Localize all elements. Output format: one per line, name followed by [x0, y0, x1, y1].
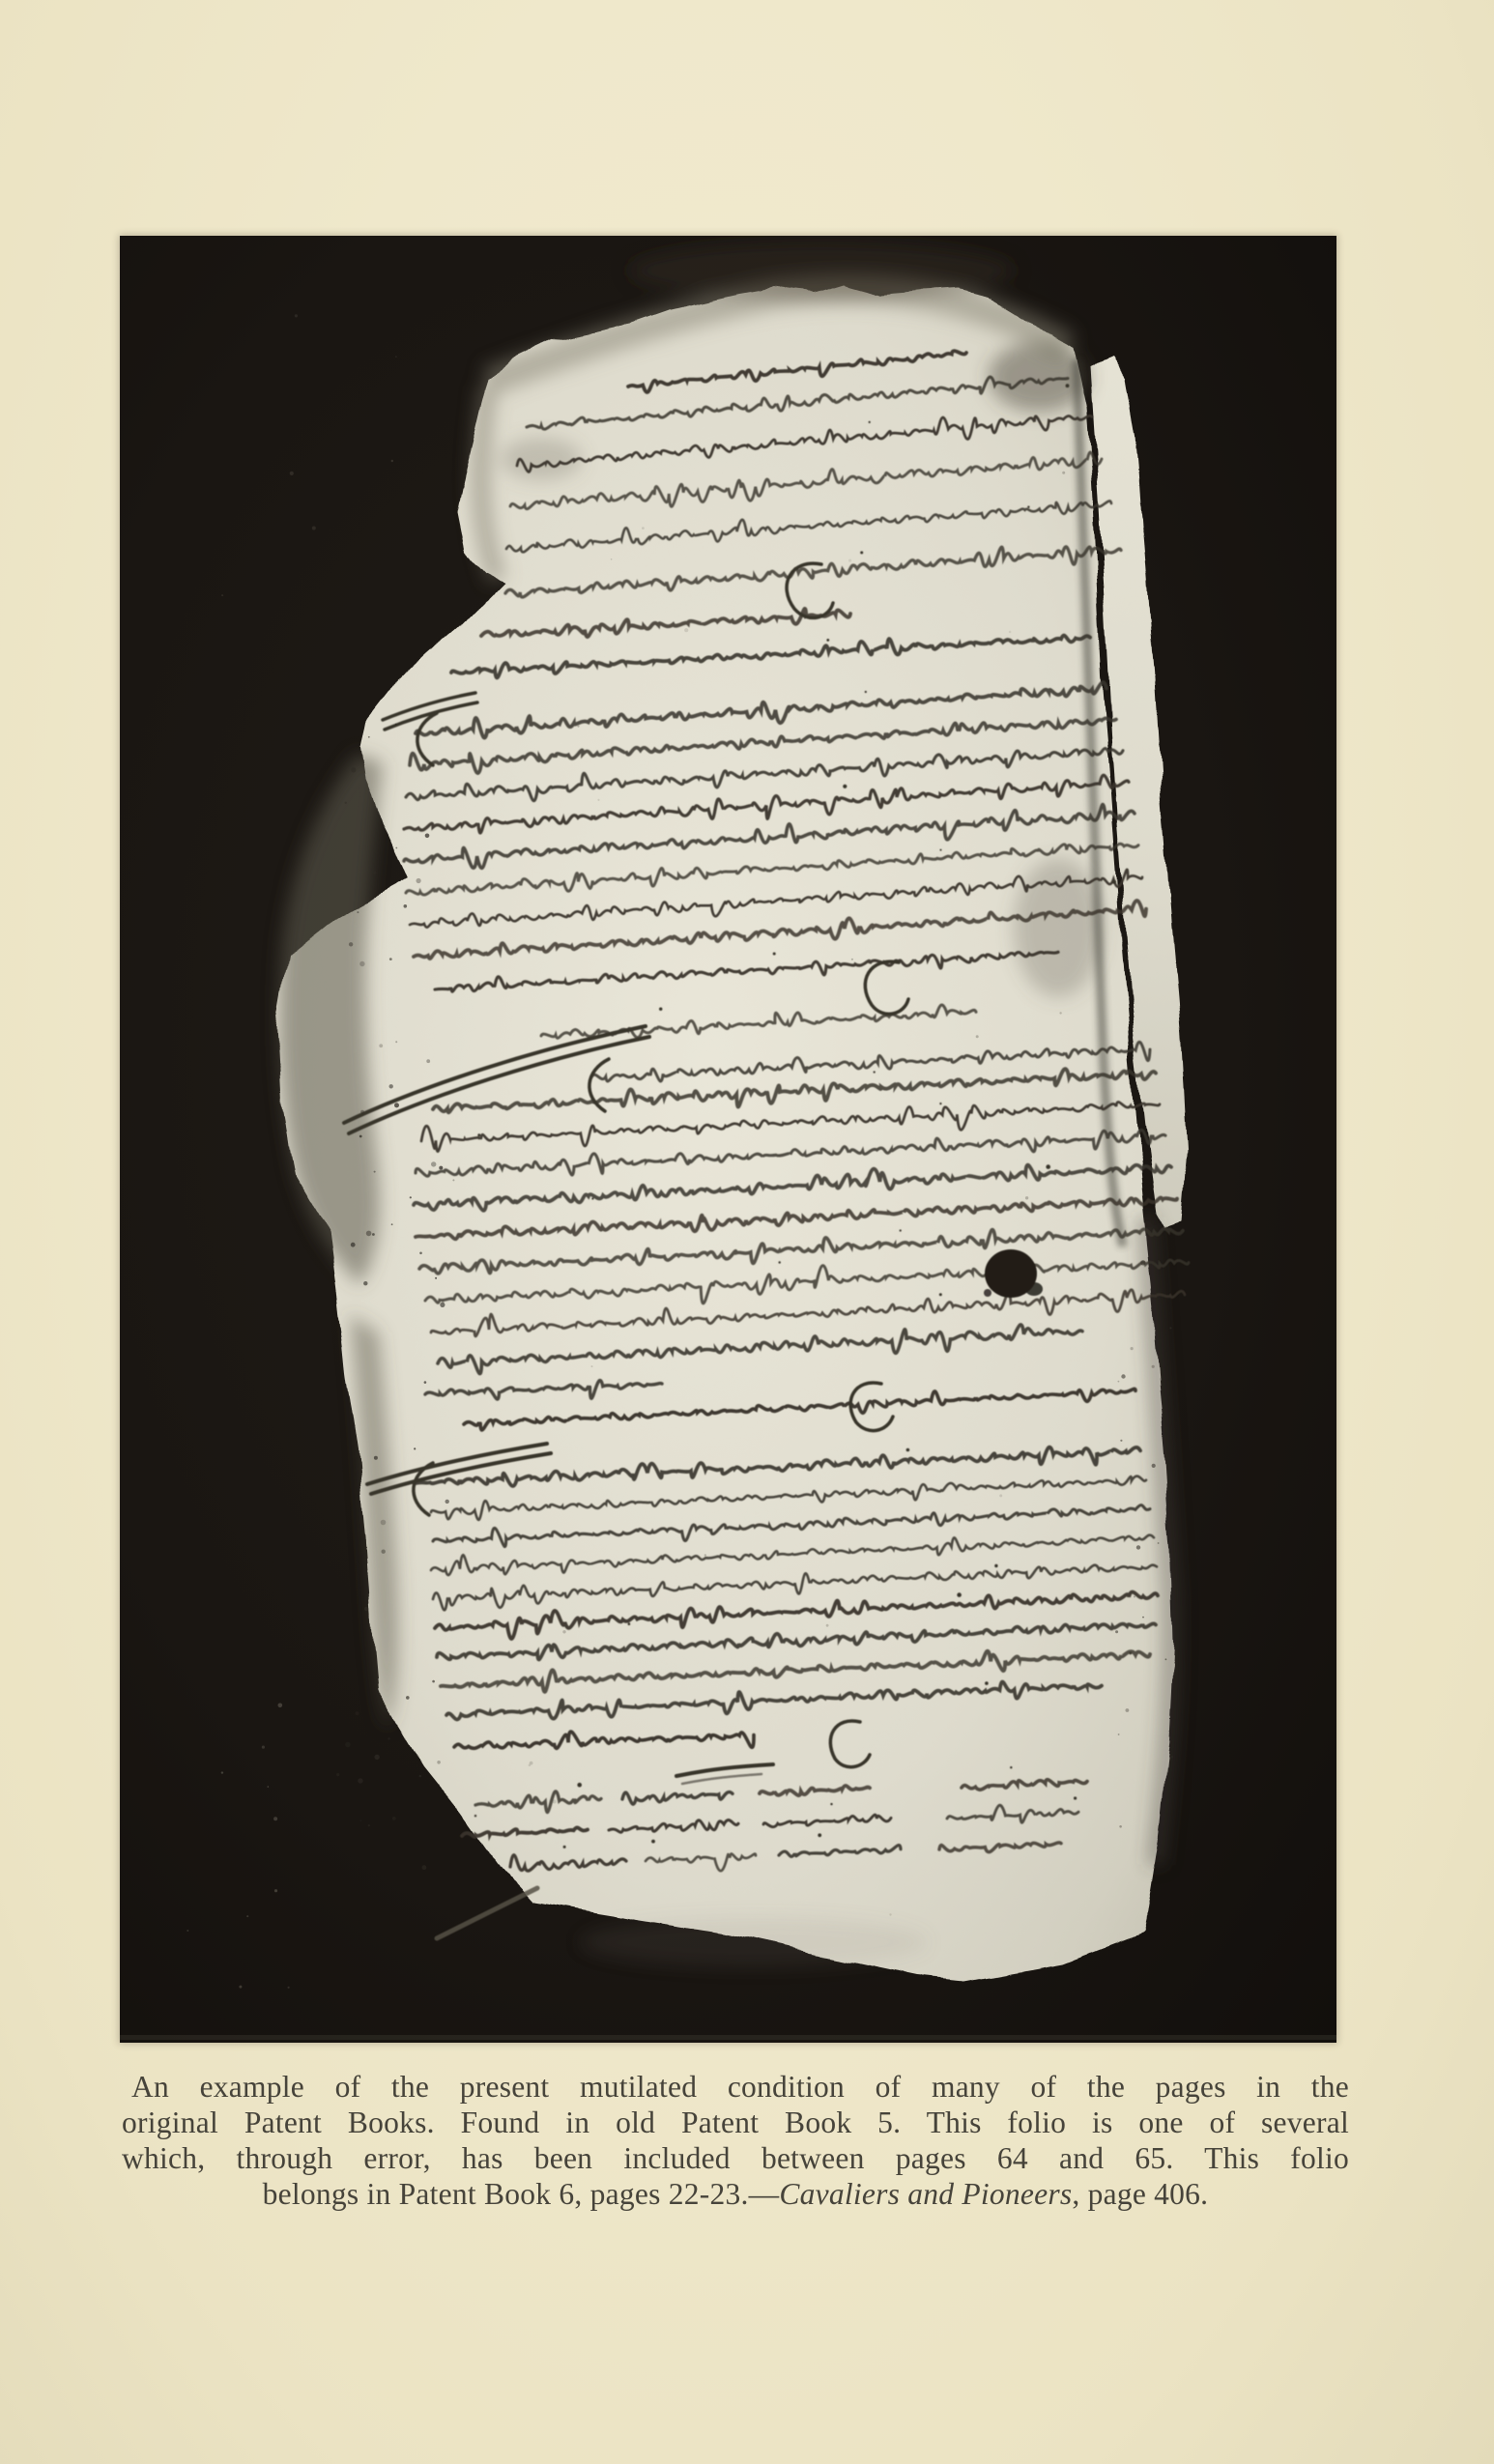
torn-manuscript-graphic: Black-and-white photograph of a badly to… — [120, 236, 1336, 2043]
book-title-italic: Cavaliers and Pioneers — [779, 2177, 1072, 2211]
caption-line-2: original Patent Books. Found in old Pate… — [122, 2105, 1349, 2140]
photo-caption: An example of the present mutilated cond… — [122, 2069, 1349, 2212]
caption-last-after: , page 406. — [1072, 2177, 1208, 2211]
caption-last-before: belongs in Patent Book 6, pages 22-23.— — [263, 2177, 780, 2211]
book-page: Black-and-white photograph of a badly to… — [0, 0, 1494, 2464]
manuscript-photograph: Black-and-white photograph of a badly to… — [120, 236, 1336, 2043]
caption-line-3: which, through error, has been included … — [122, 2140, 1349, 2176]
caption-line-1: An example of the present mutilated cond… — [122, 2069, 1349, 2105]
caption-line-4: belongs in Patent Book 6, pages 22-23.—C… — [122, 2176, 1349, 2212]
photo-bottom-edge-blur — [120, 2035, 1336, 2040]
